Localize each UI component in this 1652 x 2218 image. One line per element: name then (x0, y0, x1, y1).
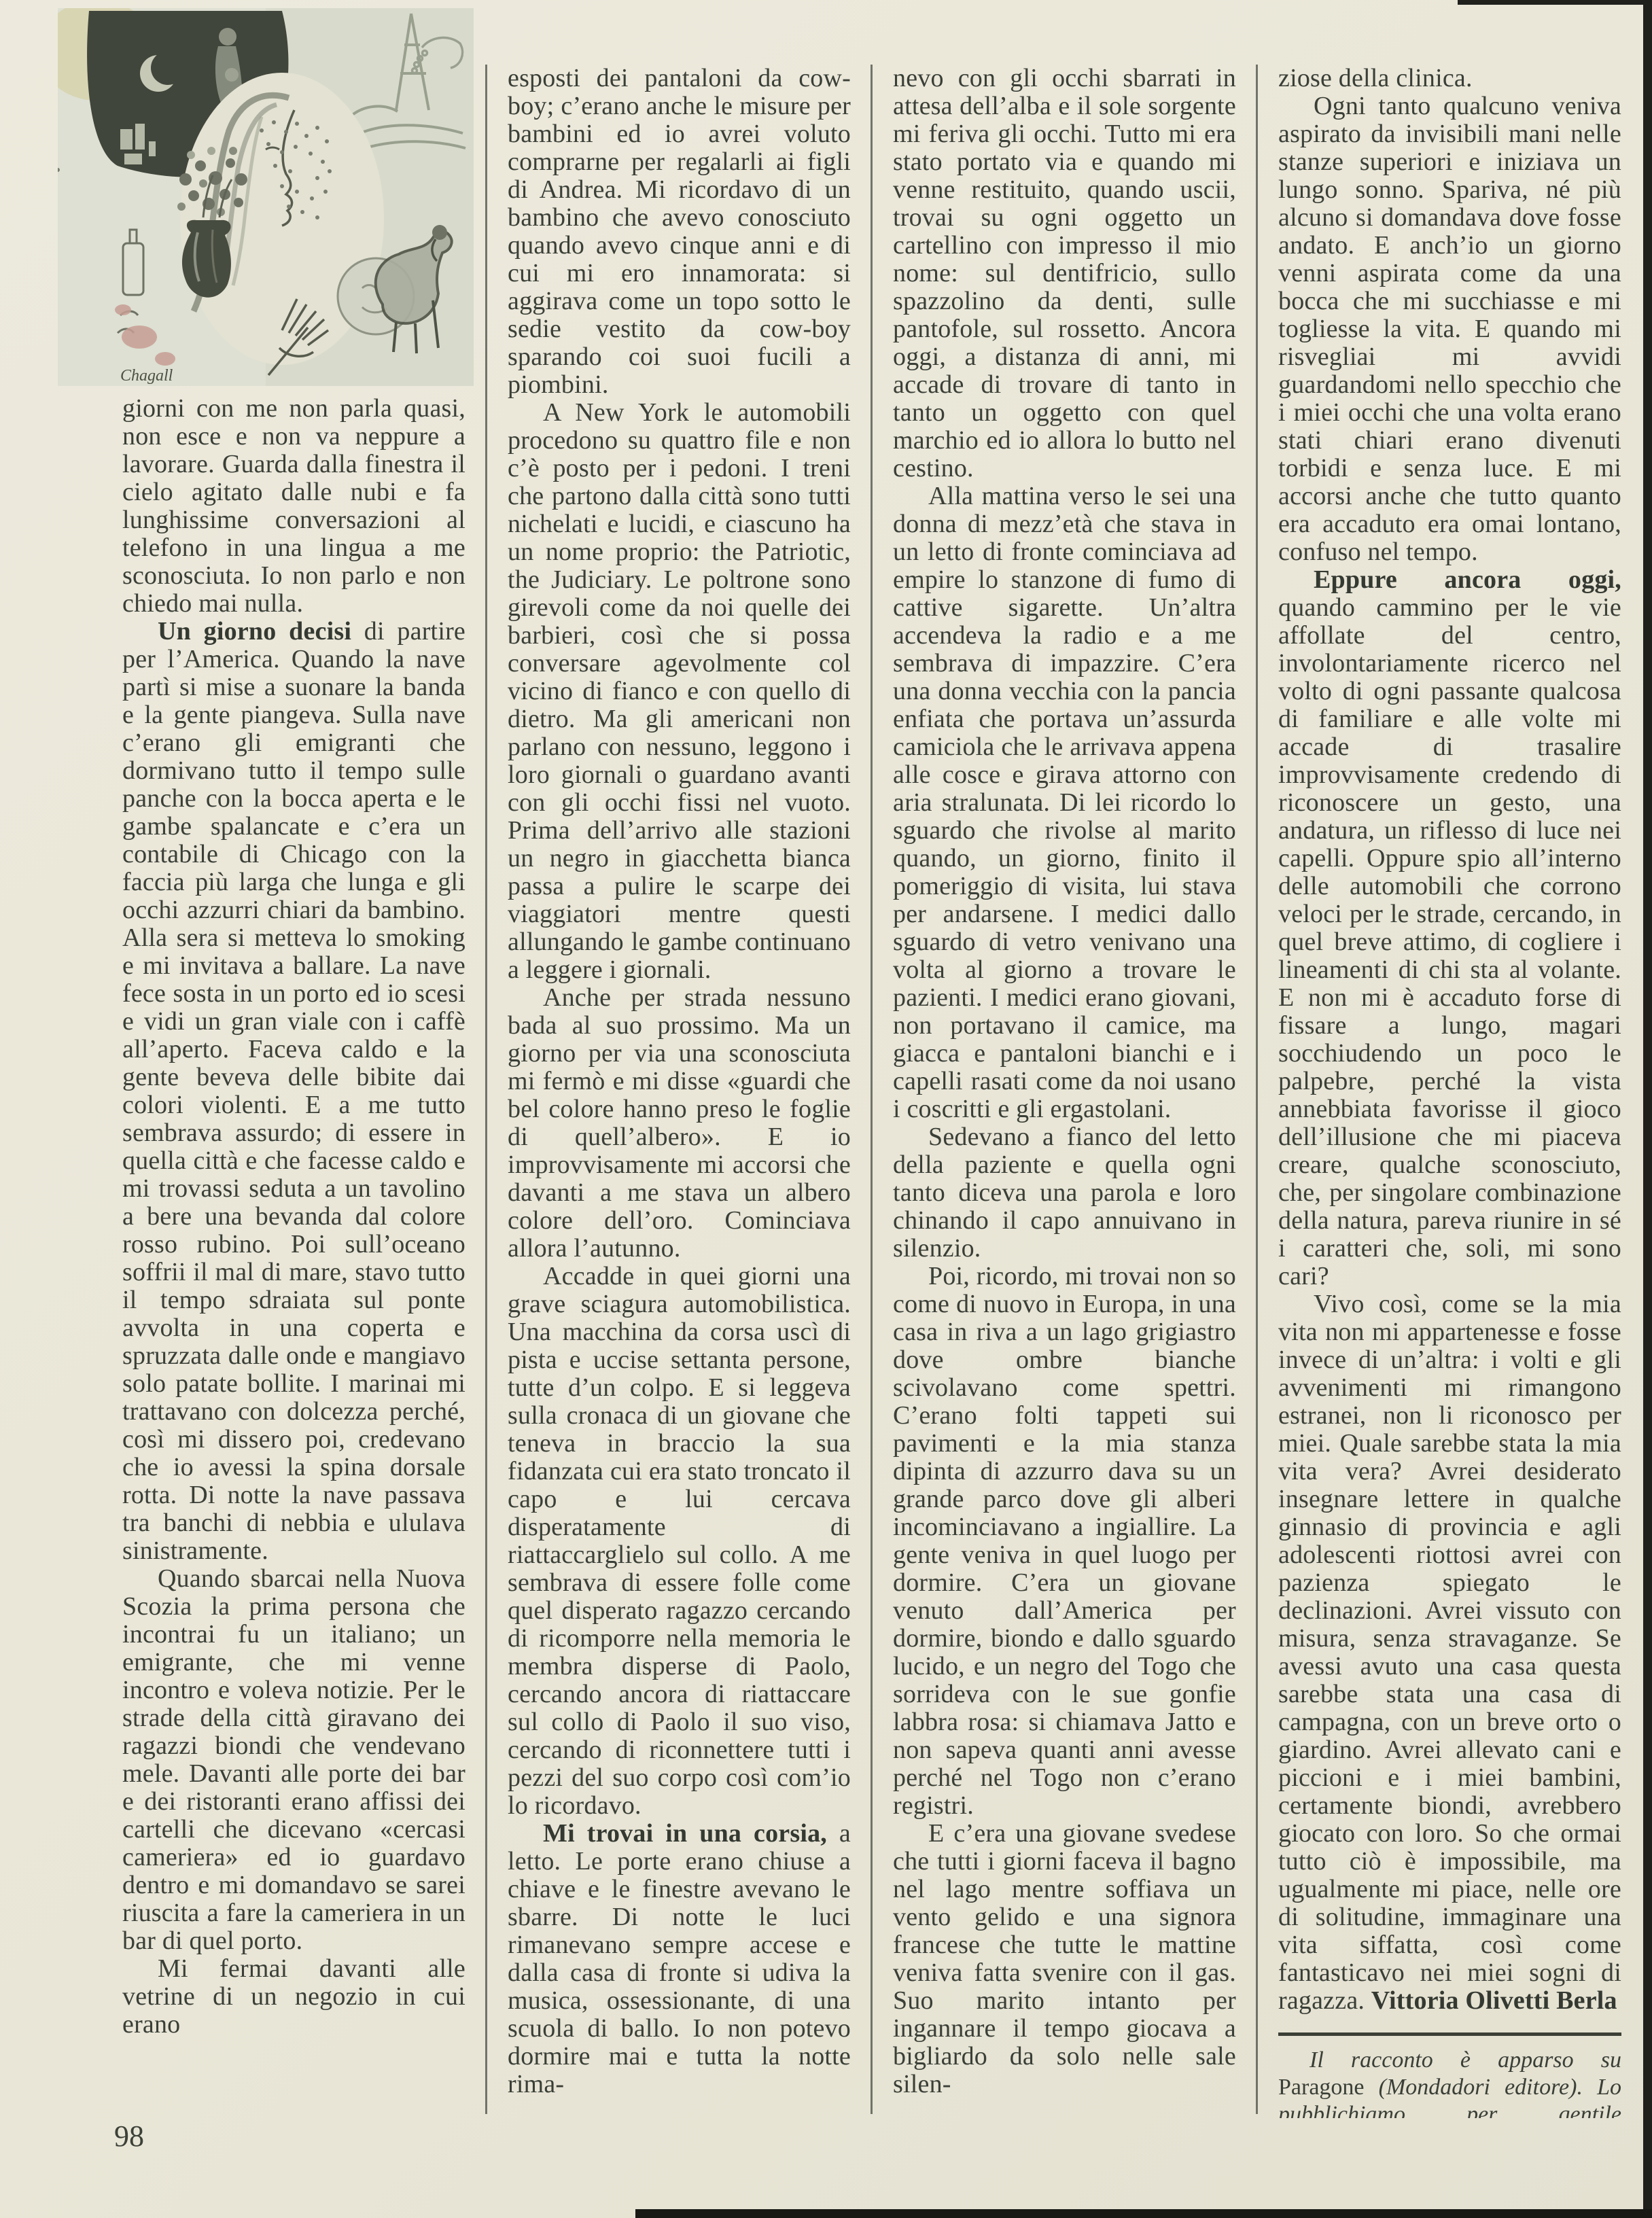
scan-edge-top (1458, 0, 1643, 5)
paragraph: giorni con me non parla quasi, non esce … (122, 395, 465, 618)
paragraph: Vivo così, come se la mia vita non mi ap… (1278, 1290, 1621, 2015)
paragraph: Ogni tanto qualcuno veniva aspirato da i… (1278, 92, 1621, 566)
paragraph: Anche per strada nessuno bada al suo pro… (508, 984, 851, 1263)
paragraph: Accadde in quei giorni una grave sciagur… (508, 1263, 851, 1820)
paragraph-lead: Eppure ancora oggi, (1314, 565, 1621, 594)
column-4: ziose della clinica.Ogni tanto qualcuno … (1278, 65, 1621, 2118)
page-number: 98 (114, 2119, 144, 2153)
paragraph: Mi fermai davanti alle vetrine di un neg… (122, 1955, 465, 2039)
paragraph-lead: Un giorno decisi (158, 617, 351, 646)
journal-name: Paragone (1278, 2075, 1365, 2100)
paragraph: E c’era una giovane svedese che tutti i … (893, 1820, 1236, 2098)
footnote-text: Il racconto è apparso su Paragone (Monda… (1278, 2047, 1621, 2118)
editorial-footnote: Il racconto è apparso su Paragone (Monda… (1278, 2032, 1621, 2118)
magazine-page: { "page": { "number": "98" }, "illustrat… (0, 0, 1652, 2218)
author-signature: Vittoria Olivetti Berla (1371, 1986, 1617, 2015)
paragraph: Poi, ricordo, mi trovai non so come di n… (893, 1263, 1236, 1820)
paragraph: Quando sbarcai nella Nuova Scozia la pri… (122, 1565, 465, 1955)
paragraph: Mi trovai in una corsia, a letto. Le por… (508, 1820, 851, 2098)
scan-edge-right (1643, 0, 1652, 2218)
column-rule (871, 65, 873, 2114)
column-2: esposti dei pantaloni da cow-boy; c’eran… (508, 65, 851, 2118)
paragraph: A New York le automobili procedono su qu… (508, 399, 851, 984)
paragraph: Un giorno decisi di partire per l’Americ… (122, 618, 465, 1565)
scan-edge-bottom (635, 2209, 1652, 2218)
paragraph: Eppure ancora oggi, quando cammino per l… (1278, 566, 1621, 1290)
paragraph-lead: Mi trovai in una corsia, (543, 1819, 827, 1848)
paragraph: Alla mattina verso le sei una donna di m… (893, 482, 1236, 1123)
paragraph: ziose della clinica. (1278, 65, 1621, 92)
column-rule (1256, 65, 1258, 2114)
column-rule (485, 65, 487, 2114)
paragraph: Sedevano a fianco del letto della pazien… (893, 1123, 1236, 1263)
article-body: giorni con me non parla quasi, non esce … (122, 65, 1621, 2118)
paragraph: esposti dei pantaloni da cow-boy; c’eran… (508, 65, 851, 399)
column-3: nevo con gli occhi sbarrati in attesa de… (893, 65, 1236, 2118)
column-1: giorni con me non parla quasi, non esce … (122, 65, 465, 2118)
paragraph: nevo con gli occhi sbarrati in attesa de… (893, 65, 1236, 482)
